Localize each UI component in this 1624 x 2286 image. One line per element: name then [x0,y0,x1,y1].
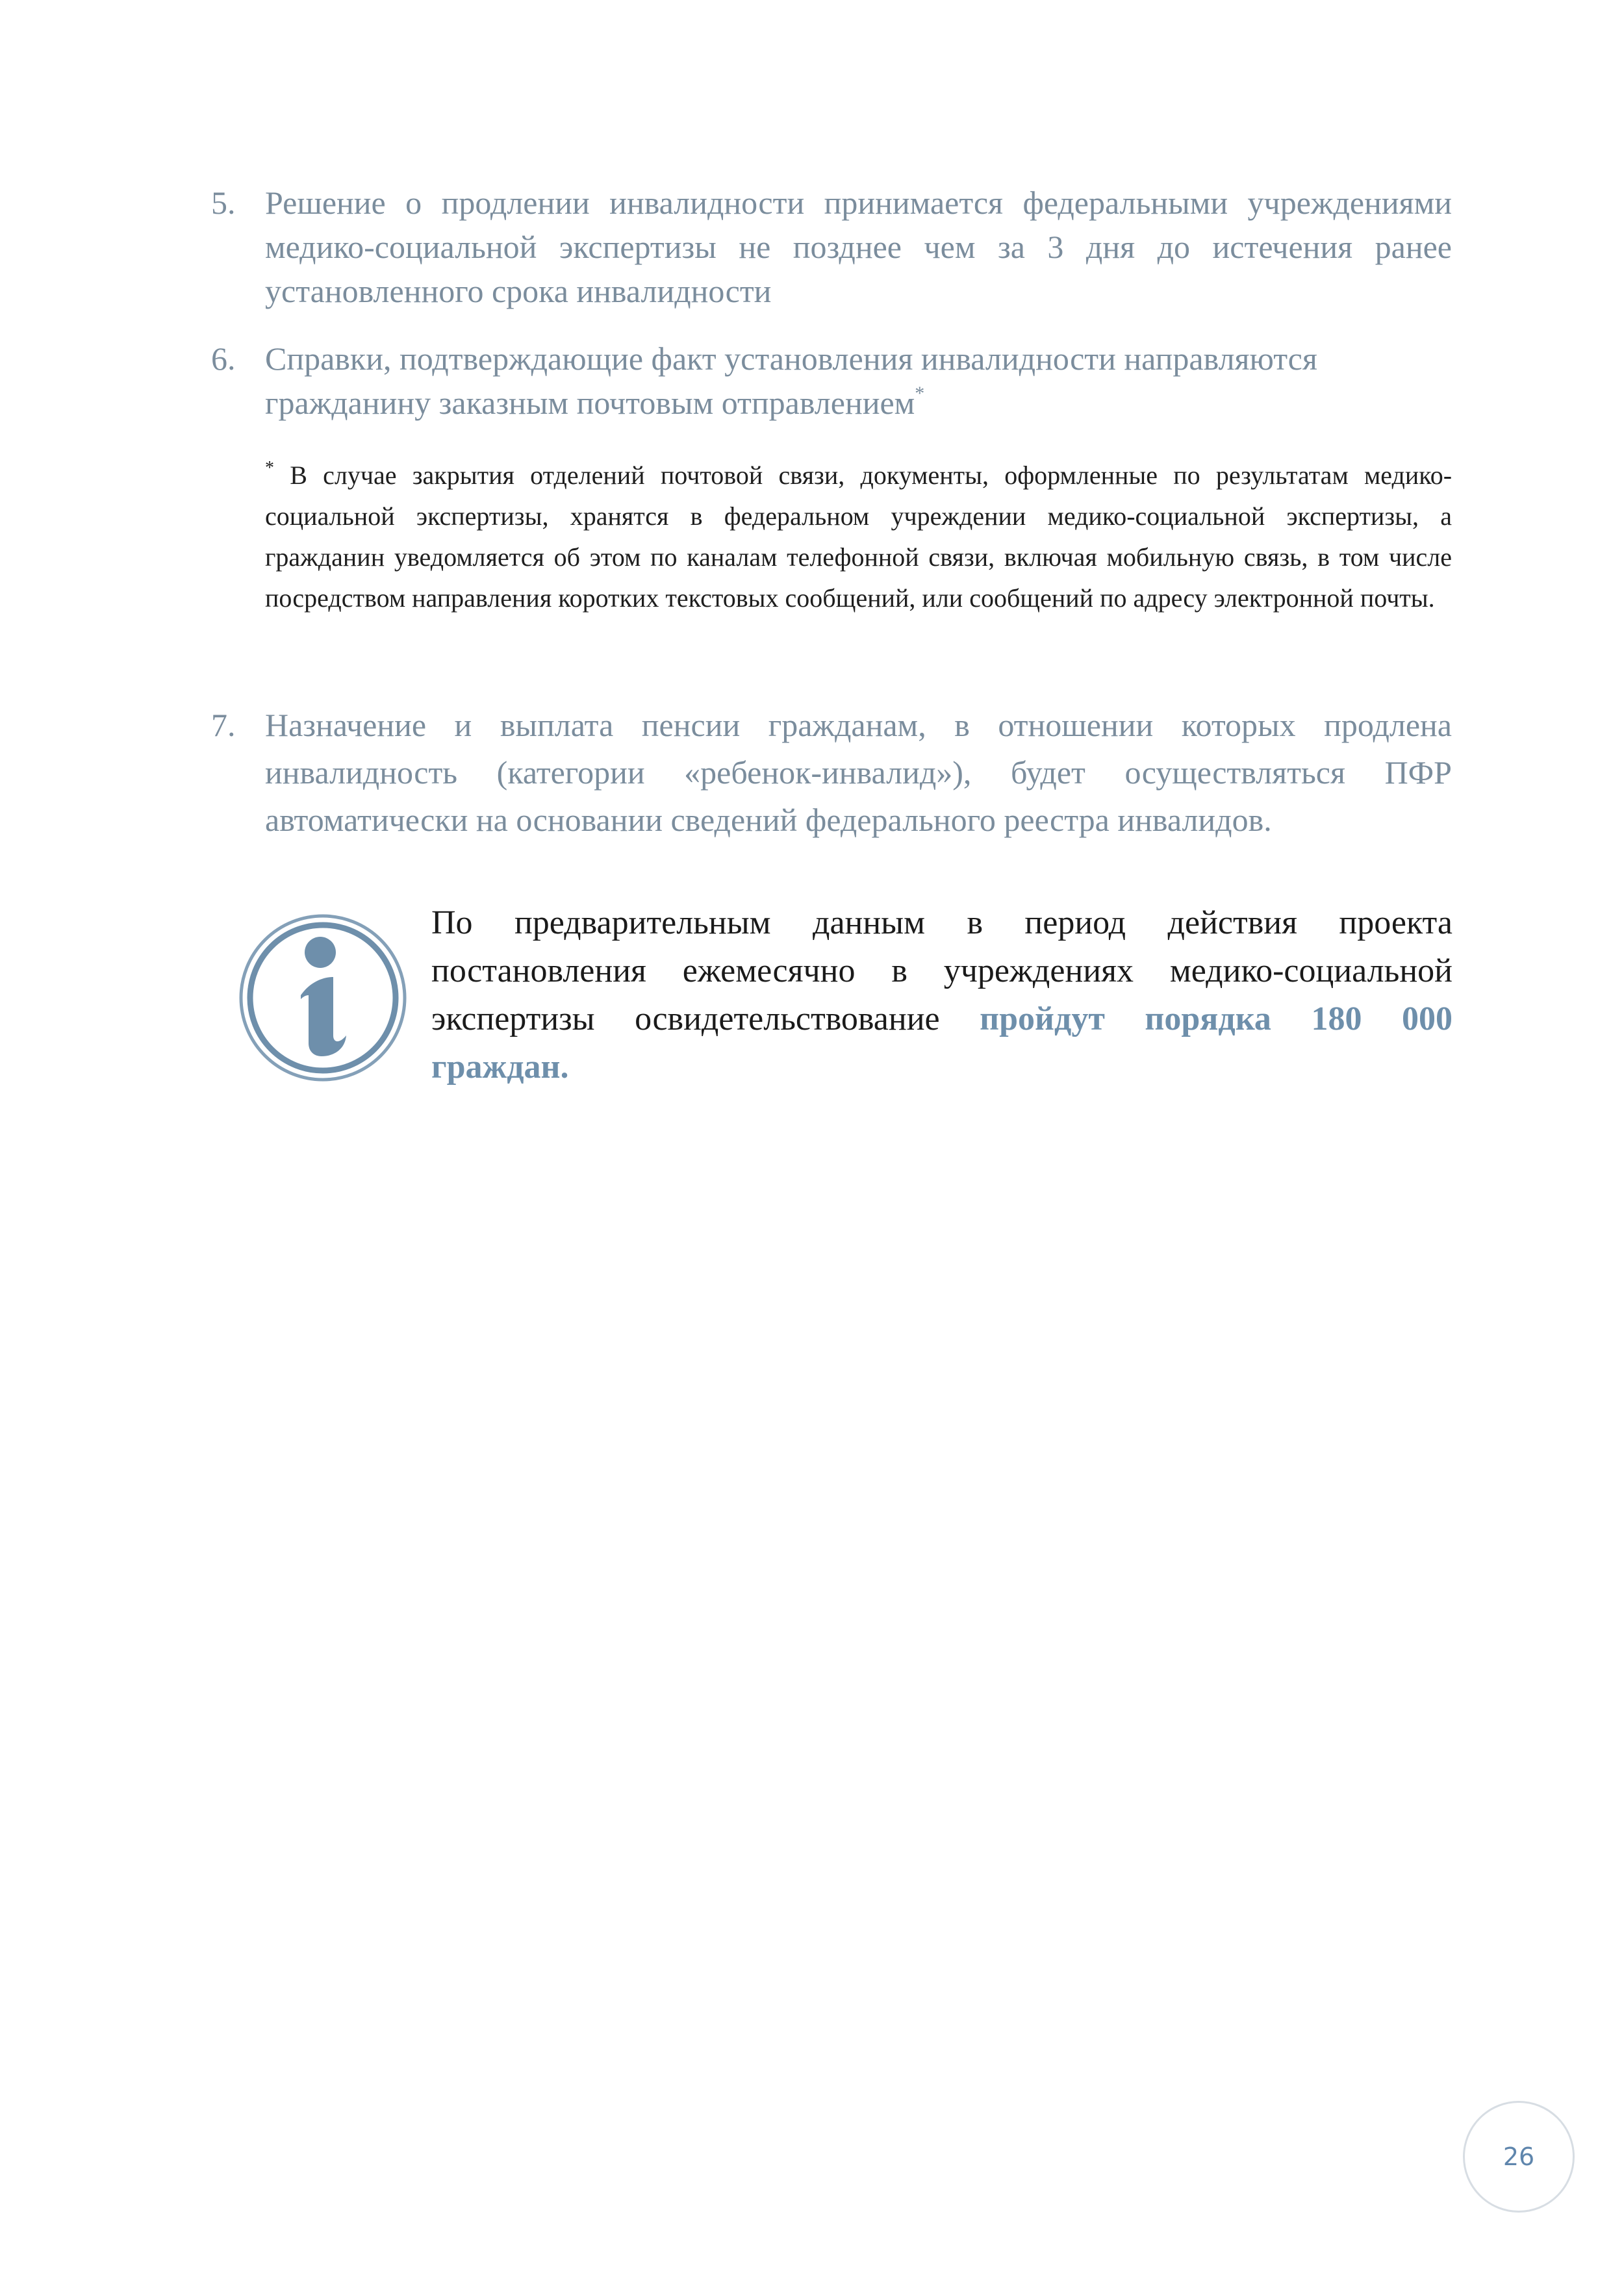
footnote-text: В случае закрытия отделений почтовой свя… [265,461,1452,613]
list-item-7: 7. Назначение и выплата пенсии гражданам… [211,702,1452,844]
page-number-label: 26 [1503,2142,1534,2171]
info-text: По предварительным данным в период дейст… [431,899,1453,1091]
list-text: Справки, подтверждающие факт установлени… [265,337,1452,425]
list-number: 6. [211,337,263,381]
footnote-marker: * [265,458,274,478]
info-icon [237,912,409,1084]
footnote-marker: * [915,383,924,404]
list-text: Решение о продлении инвалидности принима… [265,181,1452,313]
list-text: Назначение и выплата пенсии гражданам, в… [265,702,1452,844]
list-number: 5. [211,181,263,225]
list-text-content: Справки, подтверждающие факт установлени… [265,340,1317,421]
footnote: * В случае закрытия отделений почтовой с… [265,455,1452,618]
list-item-5: 5. Решение о продлении инвалидности прин… [211,181,1452,313]
list-number: 7. [211,702,263,749]
list-item-6: 6. Справки, подтверждающие факт установл… [211,337,1452,425]
page-number: 26 [1463,2101,1575,2213]
info-icon-graphic [237,912,409,1084]
